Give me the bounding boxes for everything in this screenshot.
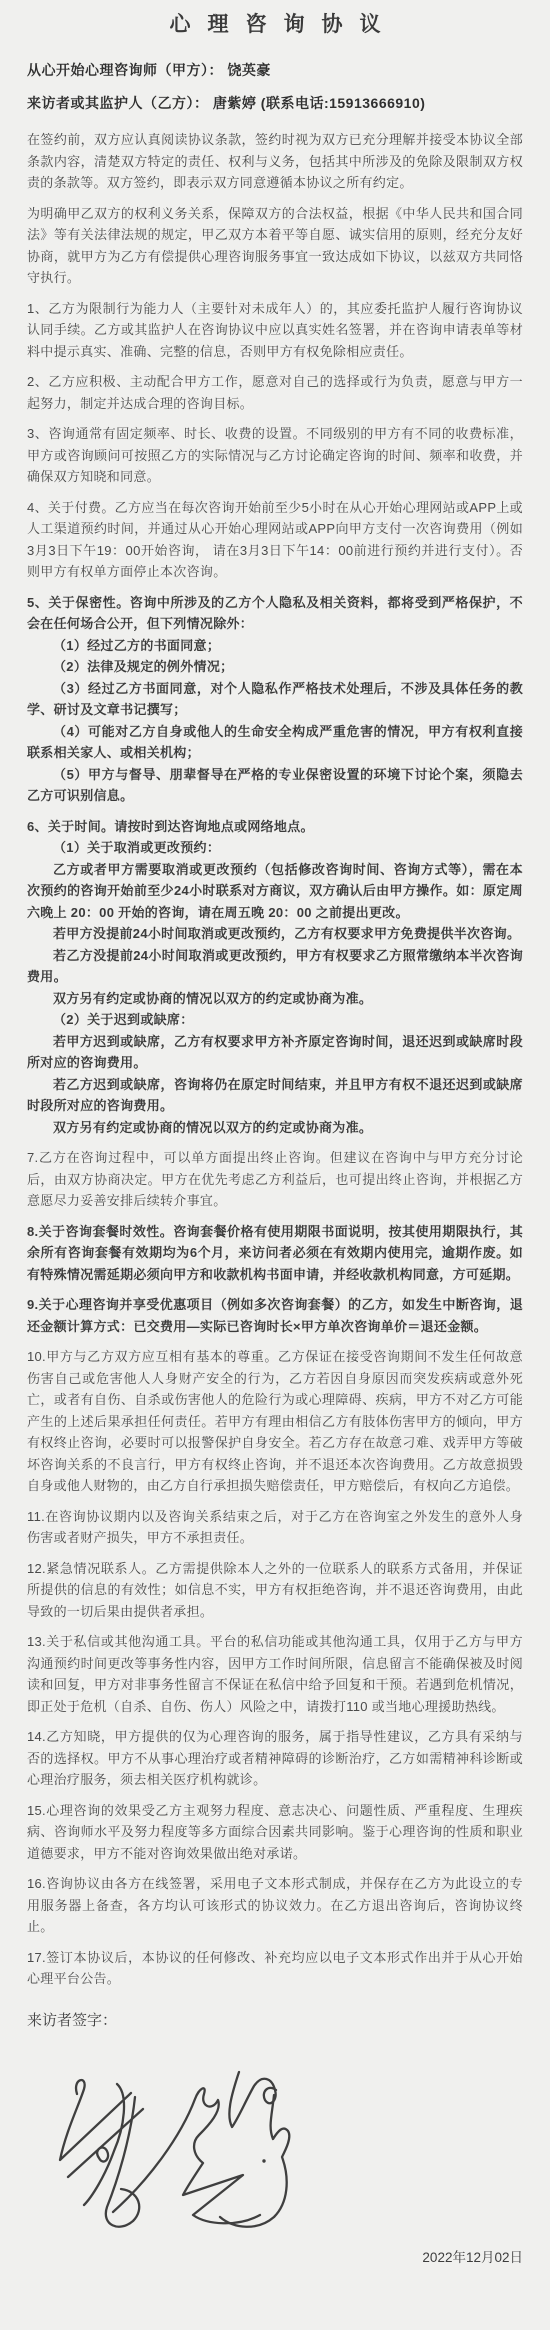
agreement-clause: 2、乙方应积极、主动配合甲方工作，愿意对自己的选择或行为负责，愿意与甲方一起努力…: [27, 371, 523, 414]
party-a-line: 从心开始心理咨询师（甲方）： 饶英豪: [27, 54, 523, 87]
agreement-clause: 乙方或者甲方需要取消或更改预约（包括修改咨询时间、咨询方式等），需在本次预约的咨…: [27, 859, 523, 924]
agreement-clause: 8.关于咨询套餐时效性。咨询套餐价格有使用期限书面说明，按其使用期限执行，其余所…: [27, 1221, 523, 1286]
agreement-page: 心理咨询协议 从心开始心理咨询师（甲方）： 饶英豪 来访者或其监护人（乙方）： …: [0, 0, 550, 2330]
agreement-clause: 若甲方迟到或缺席，乙方有权要求甲方补齐原定咨询时间，退还迟到或缺席时段所对应的咨…: [27, 1031, 523, 1074]
agreement-clause: 为明确甲乙双方的权利义务关系，保障双方的合法权益，根据《中华人民共和国合同法》等…: [27, 203, 523, 289]
agreement-clause: 1、乙方为限制行为能力人（主要针对未成年人）的，其应委托监护人履行咨询协议认同手…: [27, 298, 523, 363]
agreement-clause: 6、关于时间。请按时到达咨询地点或网络地点。: [27, 816, 523, 838]
agreement-clause: （3）经过乙方书面同意，对个人隐私作严格技术处理后，不涉及具体任务的教学、研讨及…: [27, 678, 523, 721]
bottom-spacer: [27, 2268, 523, 2330]
agreement-clause: （1）关于取消或更改预约：: [27, 837, 523, 859]
agreement-clause: 9.关于心理咨询并享受优惠项目（例如多次咨询套餐）的乙方，如发生中断咨询，退还金…: [27, 1294, 523, 1337]
agreement-clause: 10.甲方与乙方双方应互相有基本的尊重。乙方保证在接受咨询期间不发生任何故意伤害…: [27, 1346, 523, 1497]
agreement-clause: 在签约前，双方应认真阅读协议条款，签约时视为双方已充分理解并接受本协议全部条款内…: [27, 129, 523, 194]
agreement-clause: 13.关于私信或其他沟通工具。平台的私信功能或其他沟通工具，仅用于乙方与甲方沟通…: [27, 1631, 523, 1717]
agreement-clause: 双方另有约定或协商的情况以双方的约定或协商为准。: [27, 1117, 523, 1139]
agreement-body: 在签约前，双方应认真阅读协议条款，签约时视为双方已充分理解并接受本协议全部条款内…: [27, 129, 523, 1990]
agreement-clause: 17.签订本协议后，本协议的任何修改、补充均应以电子文本形式作出并于从心开始心理…: [27, 1947, 523, 1990]
agreement-clause: 双方另有约定或协商的情况以双方的约定或协商为准。: [27, 988, 523, 1010]
party-b-line: 来访者或其监护人（乙方）： 唐紫婷 (联系电话:15913666910): [27, 87, 523, 120]
agreement-clause: 若乙方没提前24小时间取消或更改预约，甲方有权要求乙方照常缴纳本半次咨询费用。: [27, 945, 523, 988]
agreement-clause: 3、咨询通常有固定频率、时长、收费的设置。不同级别的甲方有不同的收费标准，甲方或…: [27, 423, 523, 488]
handwritten-signature-icon: [41, 2038, 311, 2234]
signature-date: 2022年12月02日: [27, 2248, 523, 2268]
agreement-clause: 5、关于保密性。咨询中所涉及的乙方个人隐私及相关资料，都将受到严格保护，不会在任…: [27, 592, 523, 635]
agreement-clause: （4）可能对乙方自身或他人的生命安全构成严重危害的情况，甲方有权利直接联系相关家…: [27, 721, 523, 764]
agreement-clause: 15.心理咨询的效果受乙方主观努力程度、意志决心、问题性质、严重程度、生理疾病、…: [27, 1800, 523, 1865]
signature-label: 来访者签字：: [27, 2008, 523, 2034]
party-block: 从心开始心理咨询师（甲方）： 饶英豪 来访者或其监护人（乙方）： 唐紫婷 (联系…: [27, 54, 523, 120]
agreement-clause: （5）甲方与督导、朋辈督导在严格的专业保密设置的环境下讨论个案，须隐去乙方可识别…: [27, 764, 523, 807]
agreement-clause: （1）经过乙方的书面同意；: [27, 635, 523, 657]
agreement-clause: 16.咨询协议由各方在线签署，采用电子文本形式制成，并保存在乙方为此设立的专用服…: [27, 1873, 523, 1938]
agreement-clause: （2）法律及规定的例外情况；: [27, 656, 523, 678]
agreement-clause: 11.在咨询协议期内以及咨询关系结束之后，对于乙方在咨询室之外发生的意外人身伤害…: [27, 1506, 523, 1549]
agreement-clause: 12.紧急情况联系人。乙方需提供除本人之外的一位联系人的联系方式备用，并保证所提…: [27, 1558, 523, 1623]
agreement-clause: 若甲方没提前24小时间取消或更改预约，乙方有权要求甲方免费提供半次咨询。: [27, 923, 523, 945]
agreement-clause: 4、关于付费。乙方应当在每次咨询开始前至少5小时在从心开始心理网站或APP上或人…: [27, 497, 523, 583]
agreement-clause: 若乙方迟到或缺席，咨询将仍在原定时间结束，并且甲方有权不退还迟到或缺席时段所对应…: [27, 1074, 523, 1117]
page-title: 心理咨询协议: [27, 10, 523, 40]
agreement-clause: （2）关于迟到或缺席：: [27, 1009, 523, 1031]
signature-image: [41, 2038, 311, 2234]
agreement-clause: 14.乙方知晓，甲方提供的仅为心理咨询的服务，属于指导性建议，乙方具有采纳与否的…: [27, 1726, 523, 1791]
agreement-clause: 7.乙方在咨询过程中，可以单方面提出终止咨询。但建议在咨询中与甲方充分讨论后，由…: [27, 1147, 523, 1212]
